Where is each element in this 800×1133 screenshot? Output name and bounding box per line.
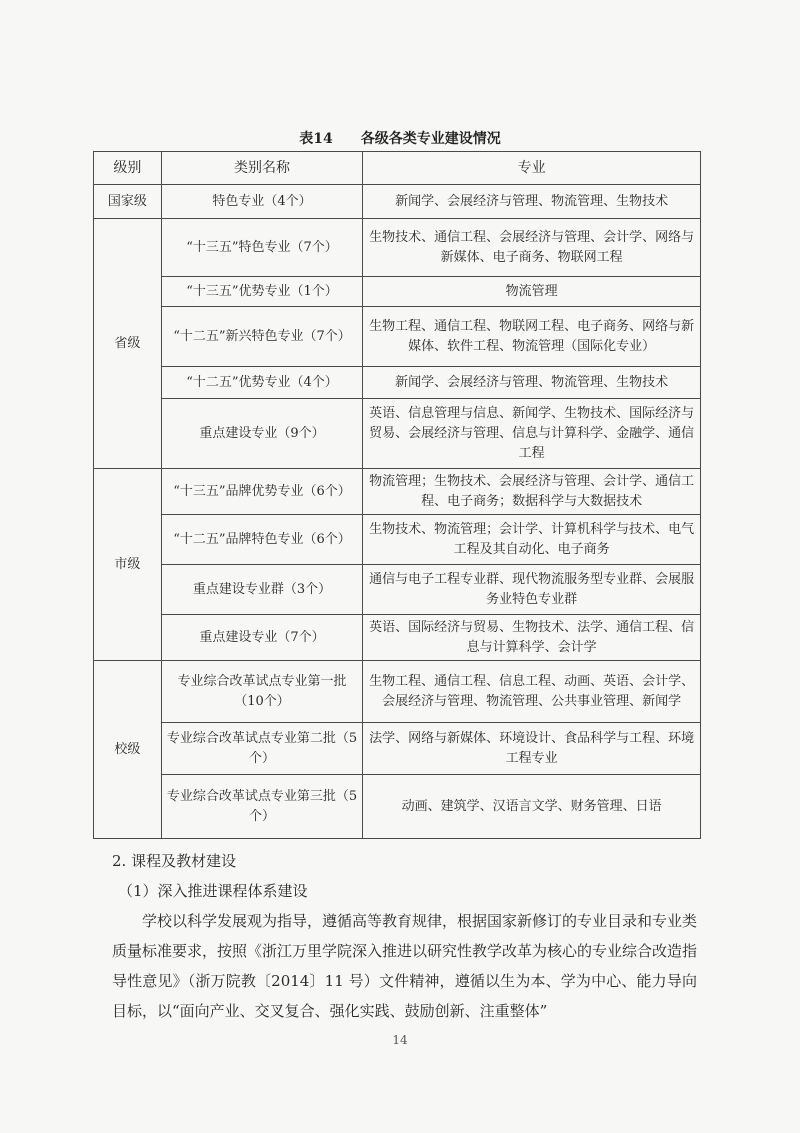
section-heading: 2. 课程及教材建设	[112, 846, 697, 876]
table-row: 校级专业综合改革试点专业第一批（10个）生物工程、通信工程、信息工程、动画、英语…	[94, 661, 701, 723]
table-number: 表14	[299, 131, 332, 147]
body-paragraph: 学校以科学发展观为指导，遵循高等教育规律，根据国家新修订的专业目录和专业类质量标…	[112, 906, 697, 1026]
table-body: 国家级特色专业（4个）新闻学、会展经济与管理、物流管理、生物技术省级“十三五”特…	[94, 185, 701, 839]
category-cell: 重点建设专业群（3个）	[161, 565, 362, 615]
category-cell: 重点建设专业（7个）	[161, 615, 362, 661]
table-row: 重点建设专业（7个）英语、国际经济与贸易、生物技术、法学、通信工程、信息与计算科…	[94, 615, 701, 661]
category-cell: 专业综合改革试点专业第一批（10个）	[161, 661, 362, 723]
table-row: “十三五”优势专业（1个）物流管理	[94, 277, 701, 307]
majors-cell: 生物工程、通信工程、物联网工程、电子商务、网络与新媒体、软件工程、物流管理（国际…	[363, 307, 701, 367]
category-cell: “十二五”新兴特色专业（7个）	[161, 307, 362, 367]
header-level: 级别	[94, 152, 162, 185]
majors-cell: 物流管理；生物技术、会展经济与管理、会计学、通信工程、电子商务；数据科学与大数据…	[363, 469, 701, 515]
level-cell: 市级	[94, 469, 162, 661]
table-row: 重点建设专业群（3个）通信与电子工程专业群、现代物流服务型专业群、会展服务业特色…	[94, 565, 701, 615]
page-number: 14	[0, 1033, 800, 1047]
level-cell: 省级	[94, 219, 162, 469]
majors-cell: 生物技术、物流管理；会计学、计算机科学与技术、电气工程及其自动化、电子商务	[363, 515, 701, 565]
table-row: “十二五”新兴特色专业（7个）生物工程、通信工程、物联网工程、电子商务、网络与新…	[94, 307, 701, 367]
category-cell: 专业综合改革试点专业第二批（5个）	[161, 723, 362, 775]
table-row: 专业综合改革试点专业第二批（5个）法学、网络与新媒体、环境设计、食品科学与工程、…	[94, 723, 701, 775]
majors-cell: 动画、建筑学、汉语言文学、财务管理、日语	[363, 775, 701, 839]
category-cell: “十二五”优势专业（4个）	[161, 367, 362, 399]
table-row: 重点建设专业（9个）英语、信息管理与信息、新闻学、生物技术、国际经济与贸易、会展…	[94, 399, 701, 469]
header-majors: 专业	[363, 152, 701, 185]
majors-cell: 英语、信息管理与信息、新闻学、生物技术、国际经济与贸易、会展经济与管理、信息与计…	[363, 399, 701, 469]
subsection-heading: （1）深入推进课程体系建设	[118, 876, 703, 906]
header-category: 类别名称	[161, 152, 362, 185]
majors-cell: 英语、国际经济与贸易、生物技术、法学、通信工程、信息与计算科学、会计学	[363, 615, 701, 661]
table-row: 国家级特色专业（4个）新闻学、会展经济与管理、物流管理、生物技术	[94, 185, 701, 219]
category-cell: 特色专业（4个）	[161, 185, 362, 219]
majors-cell: 通信与电子工程专业群、现代物流服务型专业群、会展服务业特色专业群	[363, 565, 701, 615]
category-cell: “十三五”优势专业（1个）	[161, 277, 362, 307]
category-cell: “十三五”品牌优势专业（6个）	[161, 469, 362, 515]
table-row: 省级“十三五”特色专业（7个）生物技术、通信工程、会展经济与管理、会计学、网络与…	[94, 219, 701, 277]
category-cell: “十三五”特色专业（7个）	[161, 219, 362, 277]
table-header-row: 级别 类别名称 专业	[94, 152, 701, 185]
table-row: 专业综合改革试点专业第三批（5个）动画、建筑学、汉语言文学、财务管理、日语	[94, 775, 701, 839]
majors-cell: 物流管理	[363, 277, 701, 307]
category-cell: 重点建设专业（9个）	[161, 399, 362, 469]
level-cell: 校级	[94, 661, 162, 839]
table-title: 各级各类专业建设情况	[361, 131, 501, 147]
majors-cell: 新闻学、会展经济与管理、物流管理、生物技术	[363, 367, 701, 399]
level-cell: 国家级	[94, 185, 162, 219]
table-caption: 表14各级各类专业建设情况	[0, 128, 800, 148]
majors-cell: 生物工程、通信工程、信息工程、动画、英语、会计学、会展经济与管理、物流管理、公共…	[363, 661, 701, 723]
category-cell: “十二五”品牌特色专业（6个）	[161, 515, 362, 565]
table-row: 市级“十三五”品牌优势专业（6个）物流管理；生物技术、会展经济与管理、会计学、通…	[94, 469, 701, 515]
table-row: “十二五”优势专业（4个）新闻学、会展经济与管理、物流管理、生物技术	[94, 367, 701, 399]
majors-cell: 生物技术、通信工程、会展经济与管理、会计学、网络与新媒体、电子商务、物联网工程	[363, 219, 701, 277]
category-cell: 专业综合改革试点专业第三批（5个）	[161, 775, 362, 839]
majors-table: 级别 类别名称 专业 国家级特色专业（4个）新闻学、会展经济与管理、物流管理、生…	[93, 151, 701, 839]
majors-cell: 法学、网络与新媒体、环境设计、食品科学与工程、环境工程专业	[363, 723, 701, 775]
majors-cell: 新闻学、会展经济与管理、物流管理、生物技术	[363, 185, 701, 219]
table-row: “十二五”品牌特色专业（6个）生物技术、物流管理；会计学、计算机科学与技术、电气…	[94, 515, 701, 565]
